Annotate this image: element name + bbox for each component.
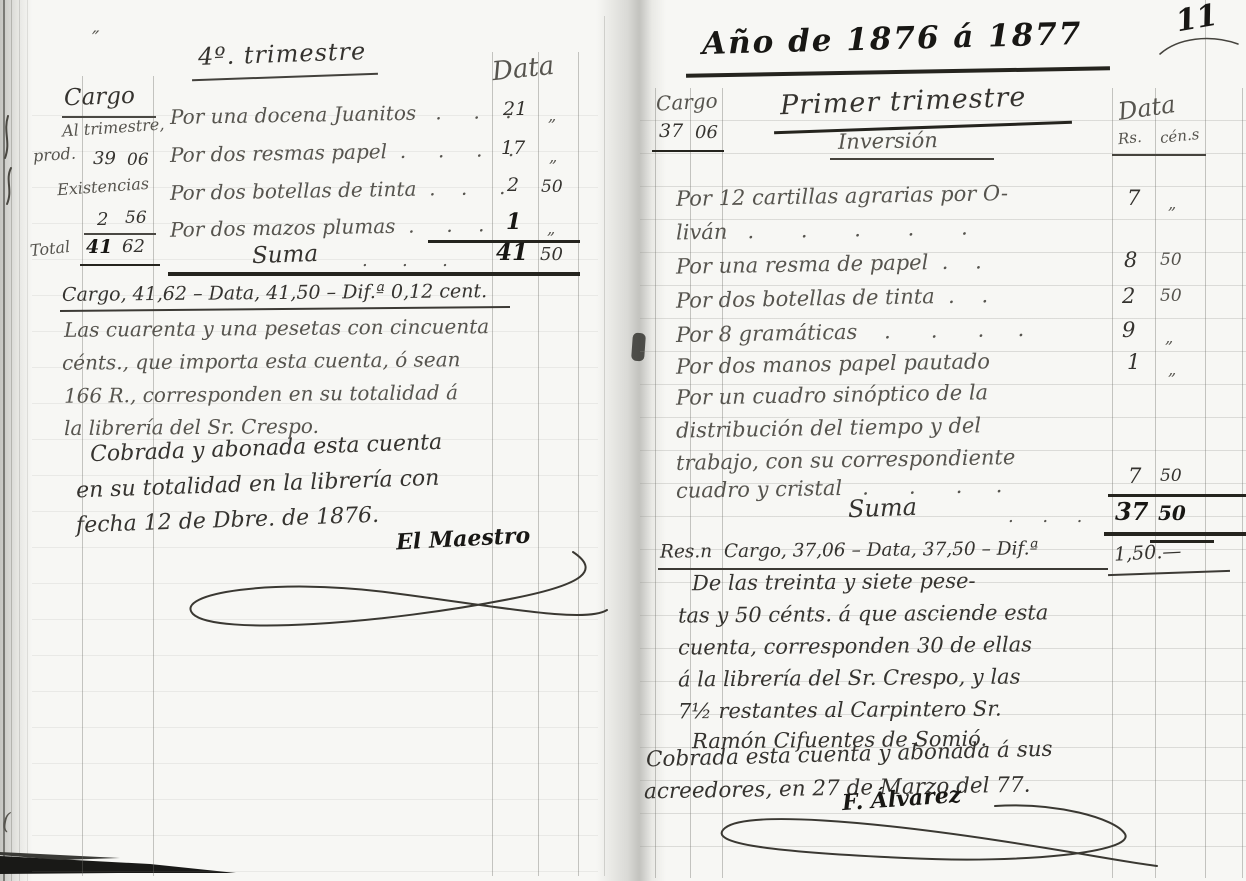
data-unit-reales: Rs. (1117, 130, 1142, 147)
cargo-underline (652, 150, 724, 152)
paragraph-line: cénts., que importa esta cuenta, ó sean (62, 349, 461, 372)
paragraph-line: Las cuarenta y una pesetas con cincuenta (64, 316, 489, 340)
paragraph-line: 166 R., corresponden en su totalidad á (64, 382, 458, 405)
year-title-underline (686, 66, 1110, 77)
right-data-col-line (1155, 88, 1156, 878)
entry-amount-cts: 50 (1160, 288, 1182, 305)
left-data-col-line (538, 52, 539, 876)
ledger-entry: Por una docena Juanitos . . . (170, 101, 512, 127)
entry-amount-ptas: 7 (1128, 466, 1141, 487)
right-data-col-line (1242, 88, 1243, 878)
cargo-label: Cargo (656, 90, 719, 113)
cargo-exist-ptas: 2 (97, 211, 108, 229)
cargo-prod-cts: 06 (127, 152, 149, 169)
entry-amount-ptas: 7 (1127, 188, 1140, 209)
suma-label: Suma (252, 243, 319, 268)
entry-amount-cts: „ (1168, 196, 1176, 212)
left-data-header: Data (491, 53, 556, 85)
suma-cts: 50 (1158, 503, 1186, 523)
paragraph-line: cuenta, corresponden 30 de ellas (678, 634, 1032, 658)
cargo-cts: 06 (695, 124, 718, 142)
cargo-row-existencias: Existencias (57, 176, 150, 198)
entry-amount-ptas: 2 (1122, 286, 1135, 307)
gutter-smudge (631, 333, 646, 362)
cargo-ptas: 37 (659, 122, 683, 141)
ledger-entry: distribución del tiempo y del (676, 415, 981, 441)
section-subtitle-underline (830, 158, 994, 160)
left-title-underline (192, 73, 378, 81)
ledger-entry: Por 12 cartillas agrarias por O- (676, 183, 1008, 210)
cargo-prod-ptas: 39 (93, 150, 116, 168)
paragraph-line: De las treinta y siete pese- (692, 571, 976, 594)
suma-cts: 50 (540, 246, 563, 264)
ledger-entry: Por dos resmas papel . . . . (170, 139, 514, 165)
ledger-entry: Por dos mazos plumas . . . (170, 214, 485, 239)
suma-ptas: 41 (496, 241, 528, 264)
summary-value-underline (1108, 570, 1230, 576)
entry-amount-cts: „ (1168, 362, 1176, 378)
left-data-col-line (578, 52, 579, 876)
summary-underline (60, 306, 510, 312)
suma-dots: . . . (1008, 508, 1082, 526)
book-edge-line (19, 0, 20, 881)
data-header: Data (1117, 92, 1177, 124)
cargo-row-prod-label: prod. (32, 146, 76, 165)
ledger-entry: Por dos botellas de tinta . . (676, 285, 988, 311)
edge-mark-paren: ( (2, 812, 11, 834)
balance-summary: Res.n Cargo, 37,06 – Data, 37,50 – Dif.ª (660, 540, 1038, 562)
suma-label: Suma (848, 495, 918, 521)
ledger-entry: Por dos manos papel pautado (676, 351, 990, 377)
edge-mark-squiggles (0, 112, 16, 208)
bottom-dark-wedge (0, 840, 260, 881)
cargo-total-underline (80, 264, 160, 266)
cargo-total-cts: 62 (122, 238, 145, 256)
cargo-exist-underline (84, 233, 156, 235)
data-unit-cents: cén.s (1159, 127, 1200, 146)
entry-amount-cts: 50 (1160, 252, 1182, 269)
entry-amount-ptas: 8 (1124, 250, 1137, 271)
section-title: Primer trimestre (780, 84, 1027, 120)
note-line: en su totalidad en la librería con (76, 468, 440, 503)
ledger-scan: ( ″ 4º. trimestre Data Cargo Al trimestr… (0, 0, 1246, 881)
left-page-edge-line (604, 16, 605, 876)
entry-amount-cts: „ (1165, 330, 1173, 346)
data-units-underline (1112, 154, 1206, 156)
ledger-entry: cuadro y cristal . . . . (676, 475, 1003, 502)
page-number-flourish (1158, 30, 1242, 58)
paragraph-line: á la librería del Sr. Crespo, y las (678, 667, 1021, 691)
book-edge-line (27, 0, 28, 881)
cargo-total-ptas: 41 (86, 238, 112, 257)
right-data-col-line (1205, 0, 1206, 878)
entry-amount-cts: „ (548, 108, 556, 124)
cargo-exist-cts: 56 (125, 210, 147, 227)
suma-ptas: 37 (1115, 500, 1148, 524)
ledger-entry: Por dos botellas de tinta . . . (170, 177, 506, 203)
ledger-entry: Por un cuadro sinóptico de la (676, 382, 988, 408)
paragraph-line: 7½ restantes al Carpintero Sr. (678, 699, 1002, 723)
section-subtitle: Inversión (838, 130, 938, 153)
year-title: Año de 1876 á 1877 (702, 19, 1083, 60)
entry-amount-cts: 50 (541, 179, 563, 196)
ledger-entry: Por 8 gramáticas . . . . (676, 319, 1025, 346)
entry-amount-ptas: 1 (1127, 352, 1140, 373)
corner-ditto-mark: ″ (92, 28, 99, 48)
balance-summary: Cargo, 41,62 – Data, 41,50 – Dif.ª 0,12 … (62, 282, 487, 305)
entry-amount-ptas: 9 (1122, 320, 1135, 341)
ledger-entry: liván . . . . . (676, 217, 968, 243)
entry-amount-ptas: 1 (506, 211, 521, 233)
signature-flourish (695, 800, 1165, 880)
cargo-row-al-trimestre: Al trimestre, (62, 116, 165, 139)
ledger-entry: Por una resma de papel . . (676, 251, 982, 277)
suma-dots: . . . (362, 252, 448, 270)
left-page-title: 4º. trimestre (198, 39, 367, 69)
entry-amount-ptas: 21 (503, 100, 527, 119)
note-line: acreedores, en 27 de Marzo del 77. (644, 775, 1031, 803)
suma-underline-heavy (1104, 532, 1246, 536)
note-line: fecha 12 de Dbre. de 1876. (76, 505, 380, 538)
entry-amount-cts: „ (547, 221, 555, 237)
suma-underline (168, 272, 580, 276)
entry-amount-cts: „ (549, 149, 557, 165)
summary-difference-value: 1,50.— (1114, 542, 1182, 564)
cargo-total-label: Total (29, 239, 71, 259)
entry-amount-ptas: 2 (507, 176, 519, 195)
entry-amount-cts: 50 (1160, 468, 1182, 485)
ledger-entry: trabajo, con su correspondiente (676, 447, 1016, 474)
entry-amount-ptas: 17 (501, 139, 525, 158)
paragraph-line: tas y 50 cénts. á que asciende esta (678, 602, 1049, 626)
right-data-col-line (1112, 88, 1113, 878)
signature-flourish (155, 540, 615, 640)
cargo-label: Cargo (64, 85, 136, 110)
